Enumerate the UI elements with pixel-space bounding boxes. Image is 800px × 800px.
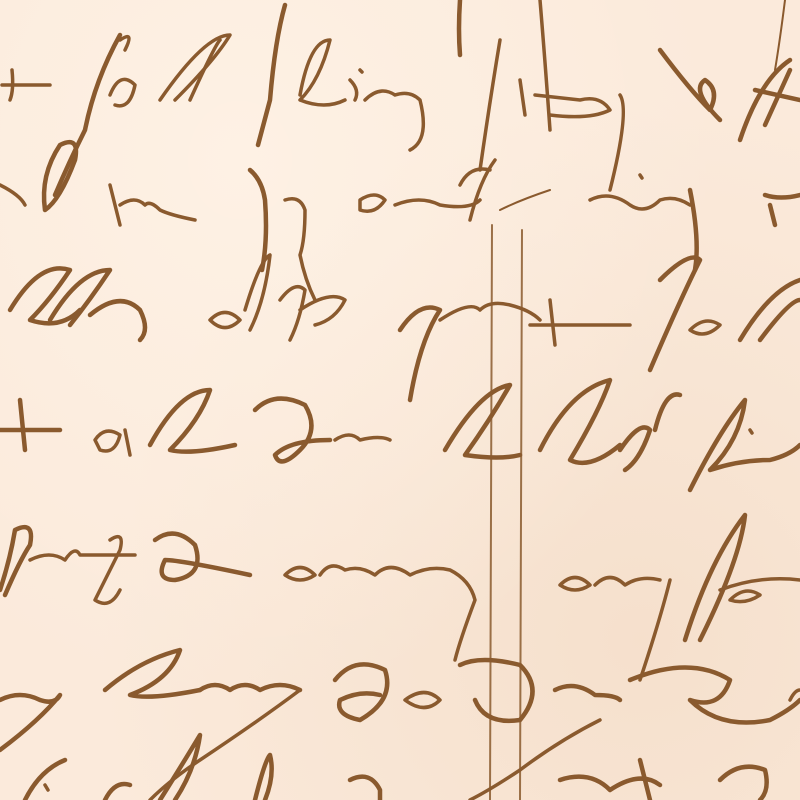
line-4-strokes xyxy=(0,380,800,490)
line-3-strokes xyxy=(10,255,800,400)
line-6-strokes xyxy=(0,650,800,800)
line-5-strokes xyxy=(0,515,800,680)
line-1-strokes xyxy=(2,0,800,195)
handwriting-ink xyxy=(0,0,800,800)
line-7-strokes xyxy=(25,735,767,800)
line-2-strokes xyxy=(0,142,800,300)
ruled-line-left xyxy=(490,225,492,800)
manuscript-page: …r soll sein hey vnd… …el in by oraff ei… xyxy=(0,0,800,800)
